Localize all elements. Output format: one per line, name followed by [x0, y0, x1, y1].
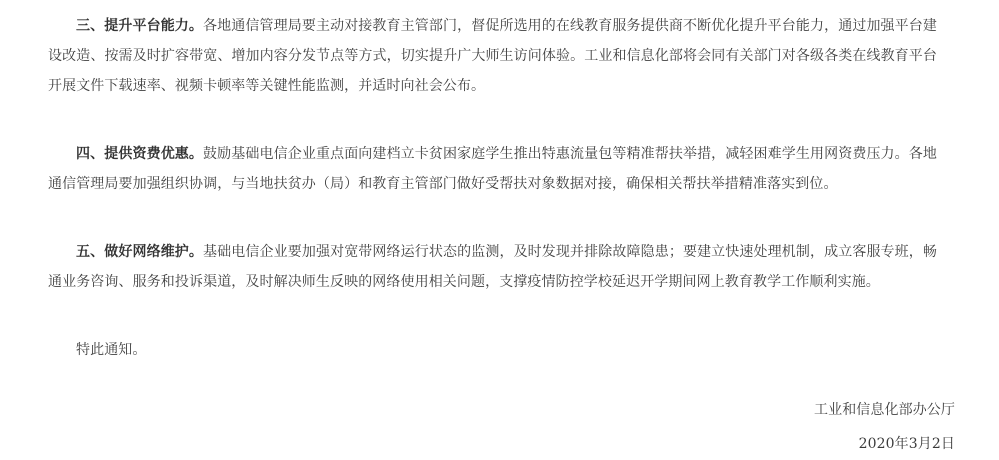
paragraph-5: 五、做好网络维护。基础电信企业要加强对宽带网络运行状态的监测，及时发现并排除故障… [48, 236, 937, 296]
issuing-office: 工业和信息化部办公厅 [48, 394, 955, 424]
issue-date: 2020年3月2日 [48, 429, 955, 459]
closing-line: 特此通知。 [48, 334, 937, 364]
signature-block: 工业和信息化部办公厅 2020年3月2日 [48, 394, 955, 459]
paragraph-3: 三、提升平台能力。各地通信管理局要主动对接教育主管部门，督促所选用的在线教育服务… [48, 10, 937, 100]
paragraph-4-heading: 四、提供资费优惠。 [76, 145, 203, 161]
paragraph-3-heading: 三、提升平台能力。 [76, 17, 203, 33]
paragraph-4: 四、提供资费优惠。鼓励基础电信企业重点面向建档立卡贫困家庭学生推出特惠流量包等精… [48, 138, 937, 198]
paragraph-5-heading: 五、做好网络维护。 [76, 243, 203, 259]
notice-document: 三、提升平台能力。各地通信管理局要主动对接教育主管部门，督促所选用的在线教育服务… [0, 0, 999, 460]
